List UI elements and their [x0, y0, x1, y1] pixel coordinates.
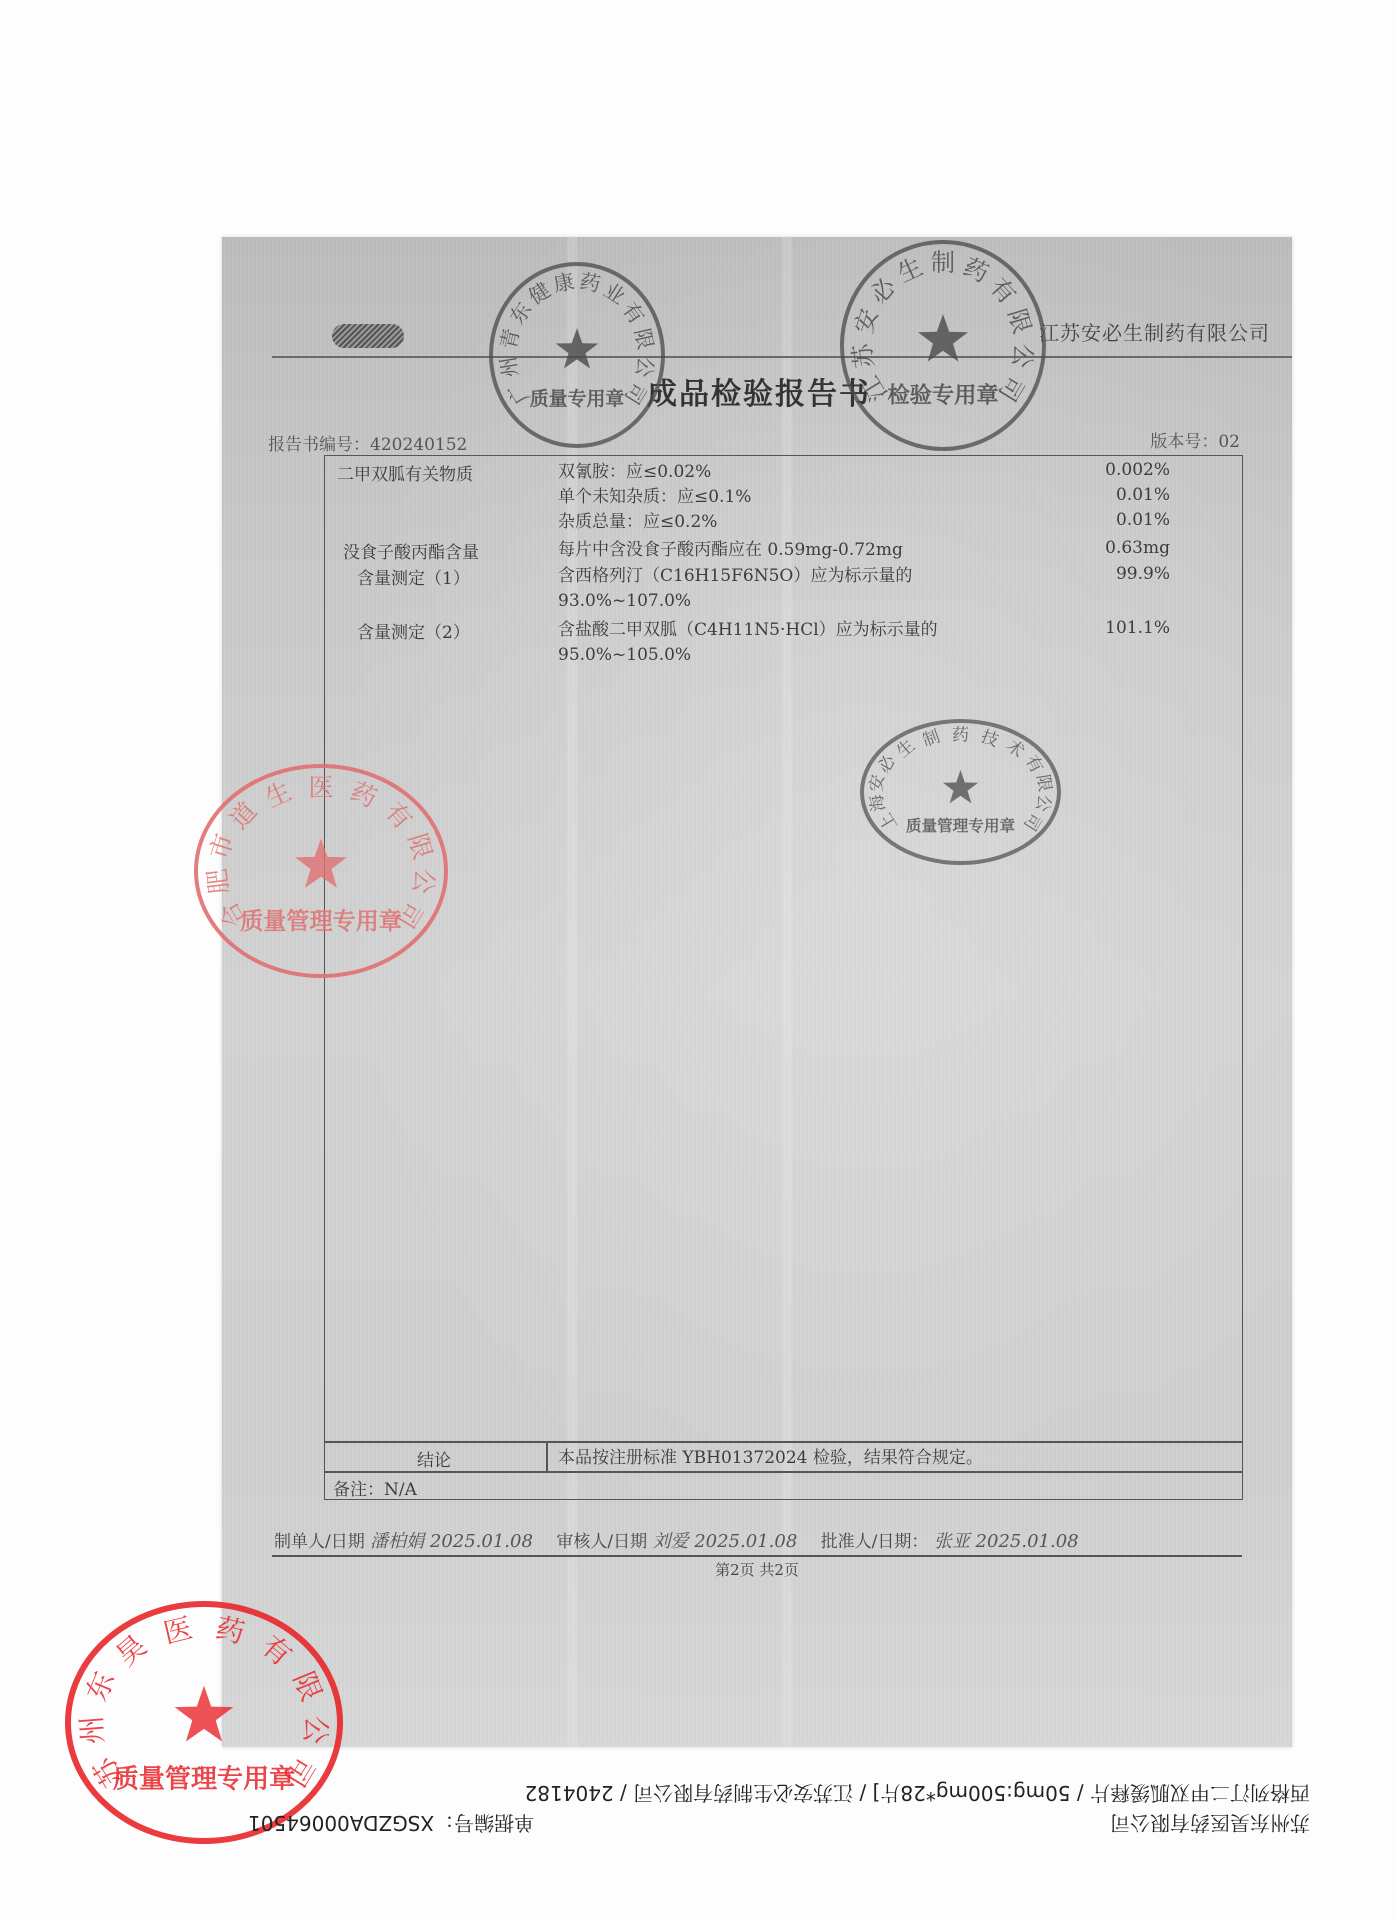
- preparer-signature: 潘柏娟 2025.01.08: [370, 1531, 533, 1552]
- item-standard: 含西格列汀（C16H15F6N5O）应为标示量的 93.0%~107.0%: [558, 564, 912, 614]
- svg-text:司: 司: [620, 378, 651, 408]
- conclusion-column-divider: [546, 1441, 548, 1471]
- seal-graphic: 上海安必生制药技术有限公司质量管理专用章: [858, 717, 1063, 867]
- svg-text:检验专用章: 检验专用章: [887, 381, 998, 408]
- version-value: 02: [1218, 432, 1240, 452]
- signature-rule: [272, 1555, 1242, 1557]
- product-label-line1: 西格列汀二甲双胍缓释片 / 50mg:500mg*28片] / 江苏安必生制药有…: [380, 1780, 1310, 1809]
- company-logo: [332, 324, 404, 348]
- svg-text:有: 有: [379, 797, 417, 835]
- approver-signature: 张亚 2025.01.08: [934, 1531, 1079, 1552]
- inspection-table: 二甲双胍有关物质 双氰胺：应≤0.02% 0.002% 单个未知杂质：应≤0.1…: [324, 455, 1243, 1500]
- star-icon: [943, 770, 978, 803]
- stamp-guangzhou-quality: 广州青东健康药业有限公司质量专用章: [487, 260, 667, 450]
- star-icon: [918, 314, 968, 362]
- svg-text:公: 公: [408, 867, 440, 896]
- standard-line: 含西格列汀（C16H15F6N5O）应为标示量的: [558, 566, 912, 586]
- remark-label: 备注：N/A: [333, 1475, 417, 1500]
- item-result: 99.9%: [1116, 564, 1170, 584]
- svg-text:公: 公: [1007, 342, 1039, 370]
- item-standard: 含盐酸二甲双胍（C4H11N5·HCl）应为标示量的 95.0%~105.0%: [558, 618, 938, 668]
- stamp-suzhou-quality: 苏州东昊医药有限公司质量管理专用章: [64, 1600, 344, 1845]
- remark-value: N/A: [384, 1480, 417, 1500]
- svg-text:限: 限: [630, 326, 658, 351]
- svg-text:公: 公: [631, 355, 658, 380]
- svg-text:限: 限: [402, 830, 437, 863]
- item-name: 含量测定（2）: [357, 618, 470, 643]
- star-icon: [175, 1686, 234, 1742]
- svg-text:质量管理专用章: 质量管理专用章: [113, 1764, 295, 1795]
- seal-graphic: 广州青东健康药业有限公司质量专用章: [487, 260, 667, 450]
- svg-text:药: 药: [578, 269, 603, 297]
- header-rule: [272, 356, 1292, 358]
- svg-text:制: 制: [920, 727, 943, 752]
- report-number: 报告书编号：420240152: [268, 430, 467, 455]
- svg-text:限: 限: [1032, 773, 1054, 793]
- svg-text:州: 州: [496, 355, 523, 379]
- svg-text:药: 药: [212, 1611, 247, 1650]
- svg-text:康: 康: [551, 269, 576, 297]
- svg-text:安: 安: [866, 773, 888, 793]
- signature-line: 制单人/日期 潘柏娟 2025.01.08 审核人/日期 刘爱 2025.01.…: [274, 1527, 1240, 1553]
- svg-text:健: 健: [524, 278, 555, 310]
- remark-divider: [325, 1471, 1242, 1473]
- svg-text:青: 青: [496, 326, 524, 351]
- svg-text:质量专用章: 质量专用章: [530, 387, 625, 410]
- svg-text:技: 技: [978, 727, 1001, 752]
- seal-graphic: 江苏安必生制药有限公司检验专用章: [838, 238, 1048, 453]
- item-name: 二甲双胍有关物质: [337, 460, 473, 485]
- star-icon: [295, 839, 347, 888]
- standard-line-cont: 95.0%~105.0%: [558, 645, 691, 665]
- item-result: 0.01%: [1116, 510, 1170, 530]
- svg-text:苏: 苏: [847, 341, 879, 369]
- version-number: 版本号：02: [1150, 427, 1240, 452]
- svg-text:业: 业: [599, 278, 630, 310]
- item-standard: 双氰胺：应≤0.02%: [558, 460, 711, 485]
- version-label: 版本号：: [1150, 432, 1218, 452]
- svg-text:限: 限: [287, 1667, 328, 1706]
- svg-text:公: 公: [298, 1714, 333, 1745]
- stamp-jiangsu-inspection: 江苏安必生制药有限公司检验专用章: [838, 238, 1048, 453]
- svg-text:制: 制: [931, 248, 955, 277]
- report-number-label: 报告书编号：: [268, 435, 370, 455]
- svg-text:质量管理专用章: 质量管理专用章: [240, 908, 402, 935]
- document-number: 单据编号：XSGZDA00064501: [248, 1810, 688, 1839]
- item-standard: 单个未知杂质：应≤0.1%: [558, 485, 751, 510]
- approver-label: 批准人/日期：: [821, 1532, 929, 1552]
- conclusion-label: 结论: [417, 1446, 451, 1471]
- svg-text:州: 州: [75, 1714, 110, 1745]
- svg-text:公: 公: [1031, 793, 1054, 814]
- remark-label-text: 备注：: [333, 1480, 384, 1500]
- svg-text:海: 海: [867, 793, 890, 814]
- seal-graphic: 合肥市道生医药有限公司质量管理专用章: [192, 762, 450, 980]
- svg-text:有: 有: [617, 298, 648, 329]
- svg-text:药: 药: [952, 725, 969, 745]
- distributor-name: 苏州东昊医药有限公司: [1090, 1810, 1310, 1839]
- seal-graphic: 苏州东昊医药有限公司质量管理专用章: [64, 1600, 344, 1845]
- svg-text:医: 医: [160, 1611, 195, 1650]
- svg-text:医: 医: [308, 773, 333, 802]
- svg-text:药: 药: [959, 252, 993, 288]
- conclusion-divider: [325, 1441, 1242, 1443]
- svg-text:东: 东: [80, 1666, 122, 1705]
- svg-text:安: 安: [849, 305, 884, 337]
- scanned-report-page: 江苏安必生制药有限公司 成品检验报告书 报告书编号：420240152 版本号：…: [222, 237, 1292, 1747]
- star-icon: [556, 328, 599, 368]
- svg-text:道: 道: [224, 797, 262, 835]
- item-name: 含量测定（1）: [357, 564, 470, 589]
- stamp-hefei-quality: 合肥市道生医药有限公司质量管理专用章: [192, 762, 450, 980]
- preparer-label: 制单人/日期: [274, 1532, 365, 1552]
- item-name: 没食子酸丙酯含量: [343, 538, 479, 563]
- item-result: 0.63mg: [1105, 538, 1170, 558]
- svg-text:有: 有: [984, 272, 1022, 309]
- svg-text:生: 生: [261, 776, 296, 813]
- conclusion-text: 本品按注册标准 YBH01372024 检验，结果符合规定。: [558, 1446, 983, 1471]
- item-result: 101.1%: [1105, 618, 1170, 638]
- stamp-shanghai-quality: 上海安必生制药技术有限公司质量管理专用章: [858, 717, 1063, 867]
- report-number-value: 420240152: [370, 435, 467, 455]
- item-result: 0.002%: [1105, 460, 1170, 480]
- svg-text:肥: 肥: [202, 867, 234, 896]
- page-number: 第2页 共2页: [222, 1559, 1292, 1580]
- svg-text:药: 药: [346, 776, 381, 813]
- standard-line-cont: 93.0%~107.0%: [558, 591, 691, 611]
- item-standard: 杂质总量：应≤0.2%: [558, 510, 717, 535]
- svg-text:市: 市: [204, 830, 239, 863]
- reviewer-signature: 刘爱 2025.01.08: [652, 1531, 797, 1552]
- svg-text:质量管理专用章: 质量管理专用章: [906, 816, 1016, 835]
- reviewer-label: 审核人/日期: [556, 1532, 647, 1552]
- svg-text:生: 生: [893, 252, 927, 288]
- company-header: 江苏安必生制药有限公司: [1039, 317, 1270, 346]
- svg-text:限: 限: [1002, 305, 1037, 337]
- item-standard: 每片中含没食子酸丙酯应在 0.59mg-0.72mg: [558, 538, 903, 563]
- item-result: 0.01%: [1116, 485, 1170, 505]
- standard-line: 含盐酸二甲双胍（C4H11N5·HCl）应为标示量的: [558, 620, 938, 640]
